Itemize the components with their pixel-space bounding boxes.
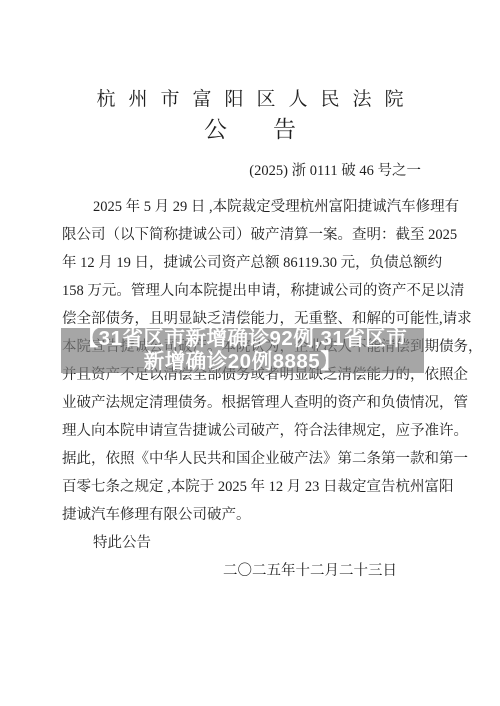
body-line: 限公司（以下简称捷诚公司）破产清算一案。查明：截至 2025 xyxy=(62,221,442,249)
case-number: (2025) 浙 0111 破 46 号之一 xyxy=(249,159,421,180)
closing-line: 特此公告 xyxy=(62,529,442,557)
body-line: 2025 年 5 月 29 日 ,本院裁定受理杭州富阳捷诚汽车修理有 xyxy=(62,193,442,221)
body-line: 百零七条之规定 ,本院于 2025 年 12 月 23 日裁定宣告杭州富阳 xyxy=(62,473,442,501)
court-name-heading: 杭州市富阳区人民法院 xyxy=(0,84,500,111)
announcement-title: 公 告 xyxy=(0,111,500,144)
date-line: 二〇二五年十二月二十三日 xyxy=(62,557,442,585)
body-line: 据此，依照《中华人民共和国企业破产法》第二条第一款和第一 xyxy=(62,445,442,473)
overlay-text-line1: 【31省区市新增确诊92例,31省区市 xyxy=(61,328,424,351)
overlay-text-line2: 新增确诊20例8885】 xyxy=(61,351,424,374)
body-line: 捷诚汽车修理有限公司破产。 xyxy=(62,501,442,529)
announcement-body: 2025 年 5 月 29 日 ,本院裁定受理杭州富阳捷诚汽车修理有 限公司（以… xyxy=(62,193,442,585)
body-line: 业破产法规定清理债务。根据管理人查明的资产和负债情况，管 xyxy=(62,389,442,417)
body-line: 年 12 月 19 日，捷诚公司资产总额 86119.30 元，负债总额约 xyxy=(62,249,442,277)
body-line: 158 万元。管理人向本院提出申请，称捷诚公司的资产不足以清 xyxy=(62,277,442,305)
news-caption-overlay: 【31省区市新增确诊92例,31省区市 新增确诊20例8885】 xyxy=(61,328,424,373)
court-announcement-page: 杭州市富阳区人民法院 公 告 (2025) 浙 0111 破 46 号之一 20… xyxy=(0,0,500,706)
body-line: 理人向本院申请宣告捷诚公司破产，符合法律规定，应予准许。 xyxy=(62,417,442,445)
